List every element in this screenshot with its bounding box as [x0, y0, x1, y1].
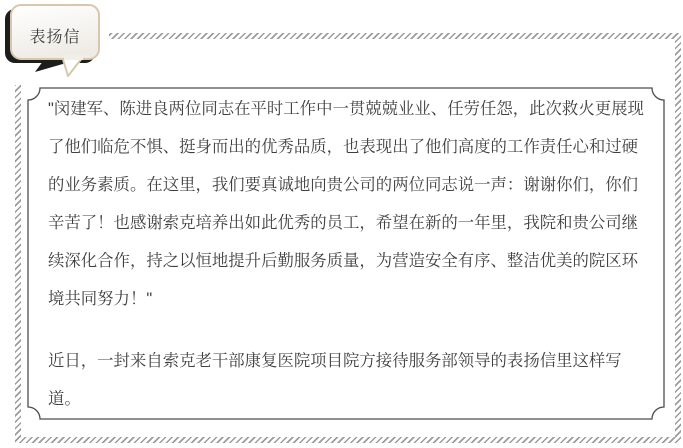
closing-paragraph: 近日，一封来自索克老干部康复医院项目院方接待服务部领导的表扬信里这样写道。	[48, 342, 652, 418]
title-bubble-label: 表扬信	[11, 24, 99, 47]
quote-paragraph: "闵建军、陈进良两位同志在平时工作中一贯兢兢业业、任劳任怨，此次救火更展现了他们…	[48, 90, 652, 318]
title-bubble: 表扬信	[4, 3, 109, 85]
letter-body: "闵建军、陈进良两位同志在平时工作中一贯兢兢业业、任劳任怨，此次救火更展现了他们…	[48, 90, 652, 418]
page: "闵建军、陈进良两位同志在平时工作中一贯兢兢业业、任劳任怨，此次救火更展现了他们…	[0, 0, 683, 448]
